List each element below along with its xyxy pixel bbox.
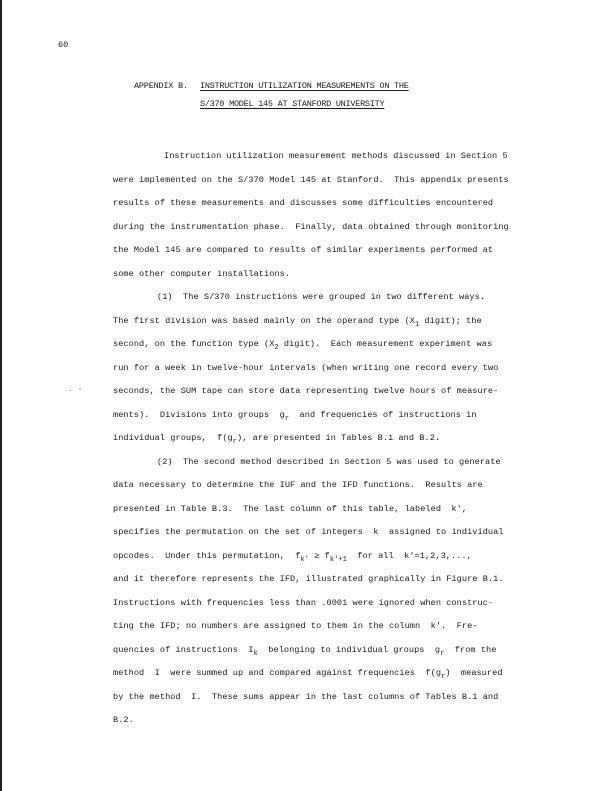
text-line: (2) The second method described in Secti… bbox=[157, 457, 501, 467]
text-span: opcodes. Under this permutation, f bbox=[113, 551, 300, 561]
appendix-title-line-1: INSTRUCTION UTILIZATION MEASUREMENTS ON … bbox=[200, 81, 409, 91]
text-span: ), are presented in Tables B.1 and B.2. bbox=[237, 433, 440, 443]
text-line: seconds, the SUM tape can store data rep… bbox=[113, 386, 498, 396]
text-span: from the bbox=[444, 645, 496, 655]
text-line: B.2. bbox=[113, 715, 134, 725]
text-line: (1) The S/370 instructions were grouped … bbox=[157, 292, 485, 302]
page-number: 60 bbox=[58, 40, 68, 50]
text-span: quencies of instructions I bbox=[113, 645, 254, 655]
text-line: The first division was based mainly on t… bbox=[113, 316, 482, 326]
text-span: individual groups, f(g bbox=[113, 433, 233, 443]
appendix-title-line-2: S/370 MODEL 145 AT STANFORD UNIVERSITY bbox=[200, 99, 384, 109]
subscript: k' bbox=[300, 556, 309, 564]
text-line: during the instrumentation phase. Finall… bbox=[113, 222, 509, 232]
text-span: and frequencies of instructions in bbox=[289, 410, 476, 420]
text-line: individual groups, f(gr), are presented … bbox=[113, 433, 440, 443]
text-line: the Model 145 are compared to results of… bbox=[113, 245, 493, 255]
margin-marks: . - bbox=[68, 385, 82, 394]
subscript: k'+1 bbox=[330, 556, 347, 564]
text-line: Instructions with frequencies less than … bbox=[113, 598, 493, 608]
text-span: ≥ f bbox=[309, 551, 330, 561]
page-left-edge bbox=[0, 0, 2, 791]
text-line: second, on the function type (X2 digit).… bbox=[113, 339, 492, 349]
text-line: Instruction utilization measurement meth… bbox=[164, 151, 508, 161]
text-line: quencies of instructions Ik belonging to… bbox=[113, 645, 496, 655]
text-span: digit). Each measurement experiment was bbox=[279, 339, 493, 349]
text-line: by the method I. These sums appear in th… bbox=[113, 692, 498, 702]
text-line: specifies the permutation on the set of … bbox=[113, 527, 504, 537]
text-line: and it therefore represents the IFD, ill… bbox=[113, 574, 504, 584]
text-line: were implemented on the S/370 Model 145 … bbox=[113, 175, 509, 185]
text-line: ments). Divisions into groups gr and fre… bbox=[113, 410, 477, 420]
text-line: method I were summed up and compared aga… bbox=[113, 668, 503, 678]
text-span: second, on the function type (X bbox=[113, 339, 274, 349]
text-span: digit); the bbox=[419, 316, 482, 326]
text-line: run for a week in twelve-hour intervals … bbox=[113, 363, 498, 373]
text-span: ) measured bbox=[445, 668, 502, 678]
text-span: The first division was based mainly on t… bbox=[113, 316, 415, 326]
text-span: belonging to individual groups g bbox=[258, 645, 440, 655]
text-line: some other computer installations. bbox=[113, 269, 290, 279]
text-line: presented in Table B.3. The last column … bbox=[113, 504, 467, 514]
text-line: results of these measurements and discus… bbox=[113, 198, 493, 208]
text-span: for all k'=1,2,3,..., bbox=[347, 551, 472, 561]
text-line: data necessary to determine the IUF and … bbox=[113, 480, 483, 490]
text-span: ments). Divisions into groups g bbox=[113, 410, 285, 420]
text-line: ting the IFD; no numbers are assigned to… bbox=[113, 621, 478, 631]
appendix-label: APPENDIX B. bbox=[134, 81, 188, 91]
text-span: method I were summed up and compared aga… bbox=[113, 668, 441, 678]
text-line: opcodes. Under this permutation, fk' ≥ f… bbox=[113, 551, 472, 561]
